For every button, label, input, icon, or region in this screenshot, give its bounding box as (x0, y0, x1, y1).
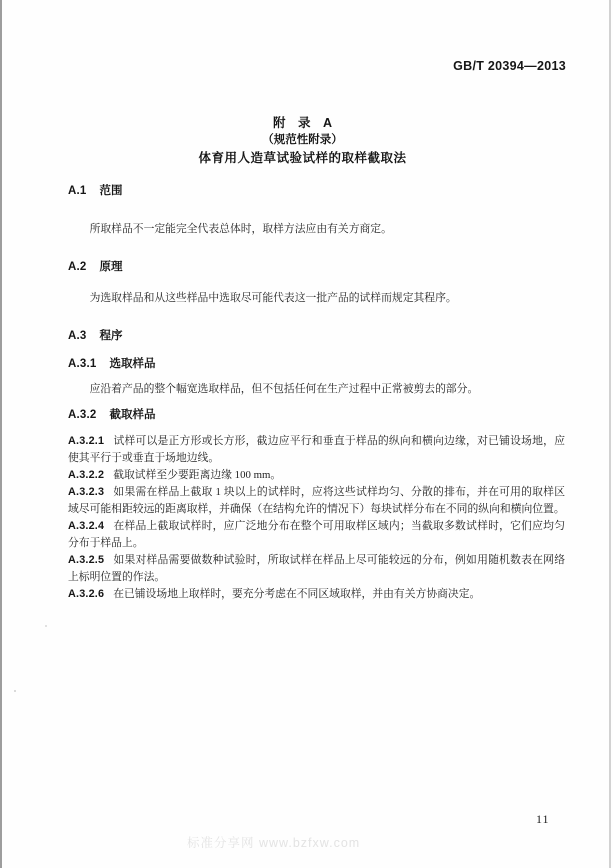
annex-type: （规范性附录） (0, 131, 605, 147)
clause-list: A.3.2.1试样可以是正方形或长方形，截边应平行和垂直于样品的纵向和横向边缘，… (68, 433, 565, 603)
clause-text: 如果需在样品上截取 1 块以上的试样时，应将这些试样均匀、分散的排布，并在可用的… (68, 486, 565, 515)
clause-item: A.3.2.3如果需在样品上截取 1 块以上的试样时，应将这些试样均匀、分散的排… (68, 484, 565, 518)
scan-speck (45, 625, 47, 627)
section-number: A.1 (68, 185, 87, 197)
section-heading-a2: A.2原理 (68, 259, 565, 276)
section-number: A.3.2 (68, 409, 97, 421)
document-page: GB/T 20394—2013 附 录 A （规范性附录） 体育用人造草试验试样… (0, 0, 613, 868)
clause-item: A.3.2.4在样品上截取试样时，应广泛地分布在整个可用取样区域内；当截取多数试… (68, 518, 565, 552)
clause-text: 在已铺设场地上取样时，要充分考虑在不同区域取样，并由有关方协商决定。 (113, 588, 480, 600)
section-title: 原理 (100, 261, 123, 273)
watermark: 标准分享网 www.bzfxw.com (187, 833, 360, 851)
clause-text: 截取试样至少要距离边缘 100 mm。 (113, 469, 281, 481)
section-heading-a31: A.3.1选取样品 (68, 356, 565, 373)
clause-item: A.3.2.6在已铺设场地上取样时，要充分考虑在不同区域取样，并由有关方协商决定… (68, 586, 565, 603)
clause-item: A.3.2.5如果对样品需要做数种试验时，所取试样在样品上尽可能较远的分布，例如… (68, 552, 565, 586)
scan-edge-right (609, 0, 611, 868)
clause-number: A.3.2.3 (68, 486, 104, 498)
section-heading-a32: A.3.2截取样品 (68, 407, 565, 424)
annex-name: 体育用人造草试验试样的取样截取法 (0, 148, 605, 166)
standard-number: GB/T 20394—2013 (453, 59, 566, 73)
section-paragraph: 应沿着产品的整个幅宽选取样品，但不包括任何在生产过程中正常被剪去的部分。 (68, 381, 565, 398)
clause-number: A.3.2.5 (68, 554, 104, 566)
section-title: 程序 (100, 330, 123, 342)
clause-text: 如果对样品需要做数种试验时，所取试样在样品上尽可能较远的分布，例如用随机数表在网… (68, 554, 565, 583)
document-body: A.1范围 所取样品不一定能完全代表总体时，取样方法应由有关方商定。 A.2原理… (68, 183, 565, 603)
clause-number: A.3.2.6 (68, 588, 104, 600)
clause-text: 在样品上截取试样时，应广泛地分布在整个可用取样区域内；当截取多数试样时，它们应均… (68, 520, 565, 549)
section-number: A.2 (68, 261, 87, 273)
section-paragraph: 为选取样品和从这些样品中选取尽可能代表这一批产品的试样而规定其程序。 (68, 290, 565, 307)
section-title: 选取样品 (110, 358, 156, 370)
scan-speck (14, 690, 16, 692)
section-number: A.3.1 (68, 358, 97, 370)
page-number: 11 (536, 812, 550, 827)
clause-number: A.3.2.4 (68, 520, 104, 532)
section-title: 截取样品 (110, 409, 156, 421)
clause-item: A.3.2.2截取试样至少要距离边缘 100 mm。 (68, 467, 565, 484)
clause-text: 试样可以是正方形或长方形，截边应平行和垂直于样品的纵向和横向边缘，对已铺设场地，… (68, 435, 565, 464)
clause-item: A.3.2.1试样可以是正方形或长方形，截边应平行和垂直于样品的纵向和横向边缘，… (68, 433, 565, 467)
section-heading-a3: A.3程序 (68, 328, 565, 345)
section-paragraph: 所取样品不一定能完全代表总体时，取样方法应由有关方商定。 (68, 221, 565, 238)
section-number: A.3 (68, 330, 87, 342)
clause-number: A.3.2.2 (68, 469, 104, 481)
clause-number: A.3.2.1 (68, 435, 104, 447)
section-heading-a1: A.1范围 (68, 183, 565, 200)
annex-title: 附 录 A (0, 113, 605, 131)
section-title: 范围 (100, 185, 123, 197)
